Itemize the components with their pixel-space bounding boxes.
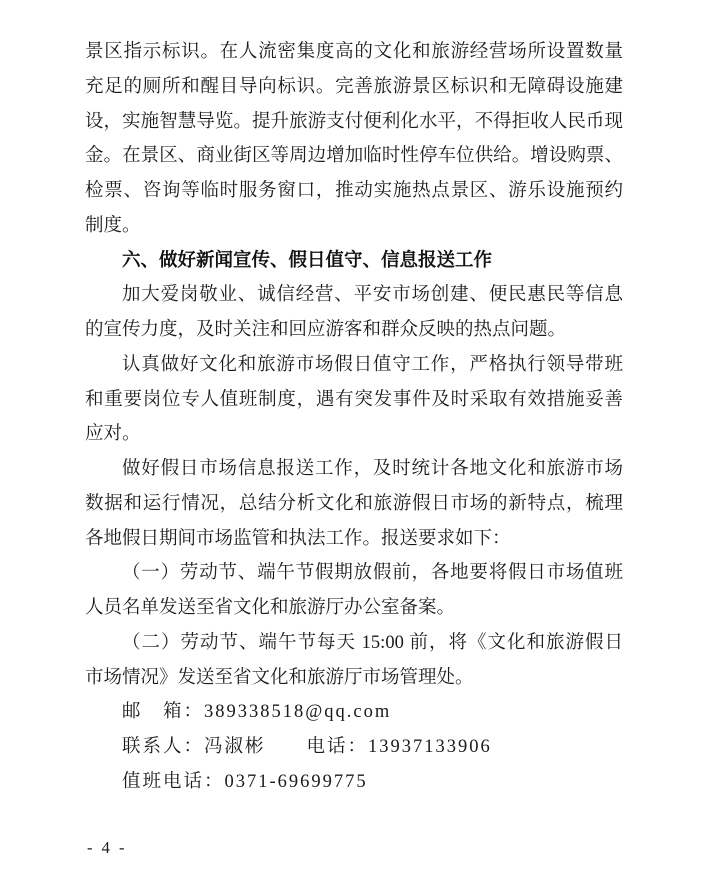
text-line: 加大爱岗敬业、诚信经营、平安市场创建、便民惠民等信息 [85, 278, 623, 313]
text-line: 景区指示标识。在人流密集度高的文化和旅游经营场所设置数量 [85, 35, 623, 70]
text-line: 市场情况》发送至省文化和旅游厅市场管理处。 [85, 661, 623, 696]
text-line: 邮 箱：389338518@qq.com [85, 695, 623, 730]
section-heading: 六、做好新闻宣传、假日值守、信息报送工作 [85, 244, 623, 279]
text-line: （一）劳动节、端午节假期放假前，各地要将假日市场值班 [85, 556, 623, 591]
text-line: 设，实施智慧导览。提升旅游支付便利化水平，不得拒收人民币现 [85, 105, 623, 140]
text-line: 值班电话：0371-69699775 [85, 765, 623, 800]
document-body: 景区指示标识。在人流密集度高的文化和旅游经营场所设置数量充足的厕所和醒目导向标识… [85, 35, 623, 800]
text-line: 联系人：冯淑彬 电话：13937133906 [85, 730, 623, 765]
document-page: 景区指示标识。在人流密集度高的文化和旅游经营场所设置数量充足的厕所和醒目导向标识… [0, 0, 709, 891]
text-line: 的宣传力度，及时关注和回应游客和群众反映的热点问题。 [85, 313, 623, 348]
text-line: 做好假日市场信息报送工作，及时统计各地文化和旅游市场 [85, 452, 623, 487]
text-line: （二）劳动节、端午节每天 15:00 前，将《文化和旅游假日 [85, 626, 623, 661]
text-line: 充足的厕所和醒目导向标识。完善旅游景区标识和无障碍设施建 [85, 70, 623, 105]
text-line: 金。在景区、商业街区等周边增加临时性停车位供给。增设购票、 [85, 139, 623, 174]
text-line: 应对。 [85, 417, 623, 452]
text-line: 认真做好文化和旅游市场假日值守工作，严格执行领导带班 [85, 348, 623, 383]
text-line: 检票、咨询等临时服务窗口，推动实施热点景区、游乐设施预约 [85, 174, 623, 209]
text-line: 人员名单发送至省文化和旅游厅办公室备案。 [85, 591, 623, 626]
page-number: - 4 - [87, 838, 127, 857]
text-line: 数据和运行情况，总结分析文化和旅游假日市场的新特点，梳理 [85, 487, 623, 522]
text-line: 各地假日期间市场监管和执法工作。报送要求如下： [85, 522, 623, 557]
text-line: 和重要岗位专人值班制度，遇有突发事件及时采取有效措施妥善 [85, 383, 623, 418]
text-line: 制度。 [85, 209, 623, 244]
